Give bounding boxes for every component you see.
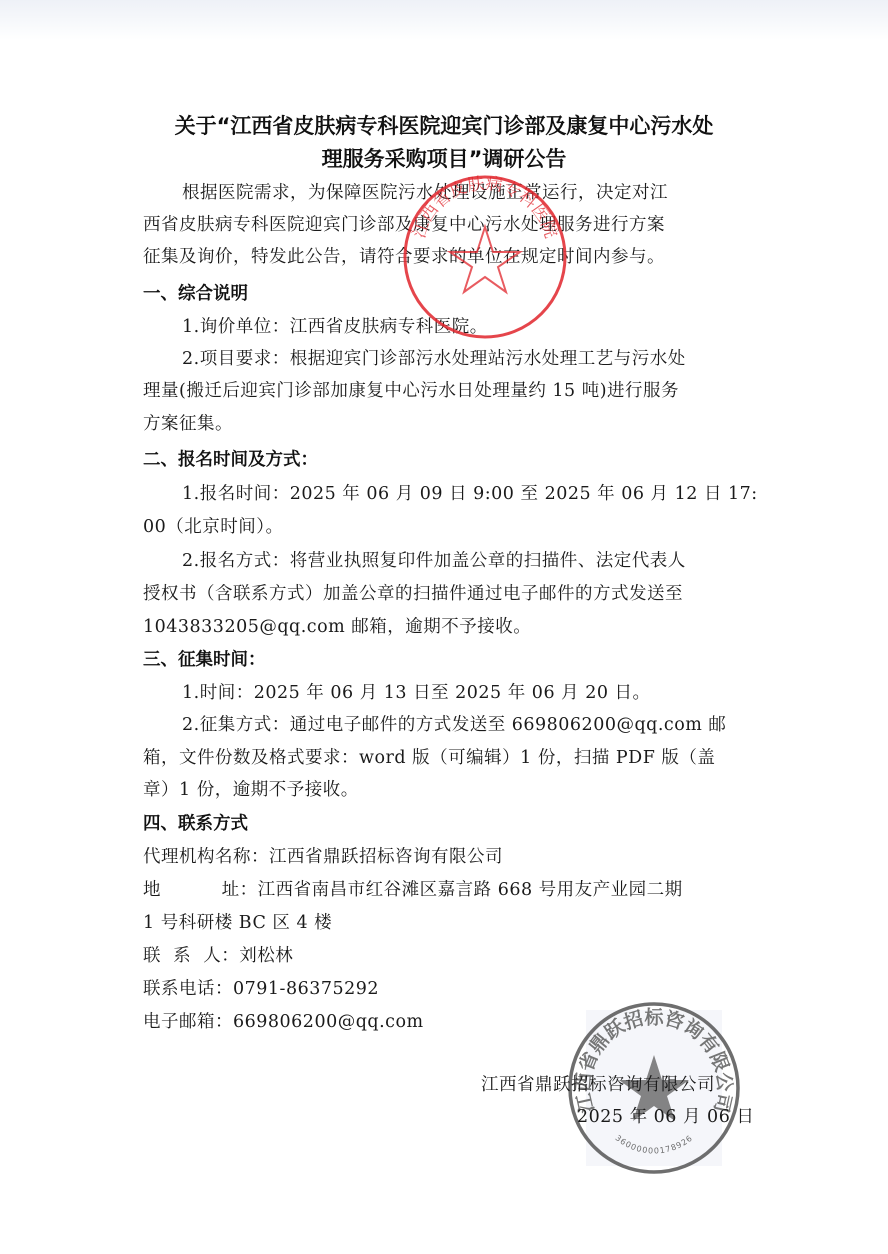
section-heading-contact: 四、联系方式 [143, 808, 248, 840]
contact-agency-name: 代理机构名称：江西省鼎跃招标咨询有限公司 [143, 841, 743, 873]
signature-company: 江西省鼎跃招标咨询有限公司 [481, 1070, 715, 1100]
signature-date: 2025 年 06 月 06 日 [577, 1102, 754, 1132]
svg-text:江西省皮肤病专科医院: 江西省皮肤病专科医院 [409, 174, 560, 241]
section-heading-general: 一、综合说明 [143, 278, 248, 310]
section-line: 2.项目要求：根据迎宾门诊部污水处理站污水处理工艺与污水处 [182, 343, 743, 375]
section-line: 1043833205@qq.com 邮箱，逾期不予接收。 [143, 611, 743, 643]
hospital-stamp-text: 江西省皮肤病专科医院 [409, 174, 560, 241]
section-line: 2.征集方式：通过电子邮件的方式发送至 669806200@qq.com 邮 [182, 709, 743, 741]
hospital-seal-stamp: 江西省皮肤病专科医院 [400, 172, 570, 342]
section-line: 1.时间：2025 年 06 月 13 日至 2025 年 06 月 20 日。 [182, 677, 743, 709]
section-line: 章）1 份，逾期不予接收。 [143, 774, 743, 806]
document-title-line-2: 理服务采购项目”调研公告 [130, 143, 758, 175]
section-line: 方案征集。 [143, 408, 743, 440]
section-line: 理量(搬迁后迎宾门诊部加康复中心污水日处理量约 15 吨)进行服务 [143, 375, 743, 407]
section-line: 2.报名方式：将营业执照复印件加盖公章的扫描件、法定代表人 [182, 545, 743, 577]
section-line: 箱，文件份数及格式要求：word 版（可编辑）1 份，扫描 PDF 版（盖 [143, 742, 743, 774]
contact-address: 地 址：江西省南昌市红谷滩区嘉言路 668 号用友产业园二期 [143, 874, 743, 906]
section-heading-collection-time: 三、征集时间： [143, 644, 266, 676]
section-line: 授权书（含联系方式）加盖公章的扫描件通过电子邮件的方式发送至 [143, 578, 743, 610]
document-page: 关于“江西省皮肤病专科医院迎宾门诊部及康复中心污水处 理服务采购项目”调研公告 … [0, 0, 888, 1254]
contact-address-cont: 1 号科研楼 BC 区 4 楼 [143, 907, 743, 939]
section-line: 00（北京时间）。 [143, 511, 743, 543]
section-heading-registration: 二、报名时间及方式： [143, 444, 318, 476]
document-title-line-1: 关于“江西省皮肤病专科医院迎宾门诊部及康复中心污水处 [130, 110, 758, 142]
section-line: 1.报名时间：2025 年 06 月 09 日 9:00 至 2025 年 06… [182, 478, 743, 510]
contact-person: 联 系 人：刘松林 [143, 940, 743, 972]
